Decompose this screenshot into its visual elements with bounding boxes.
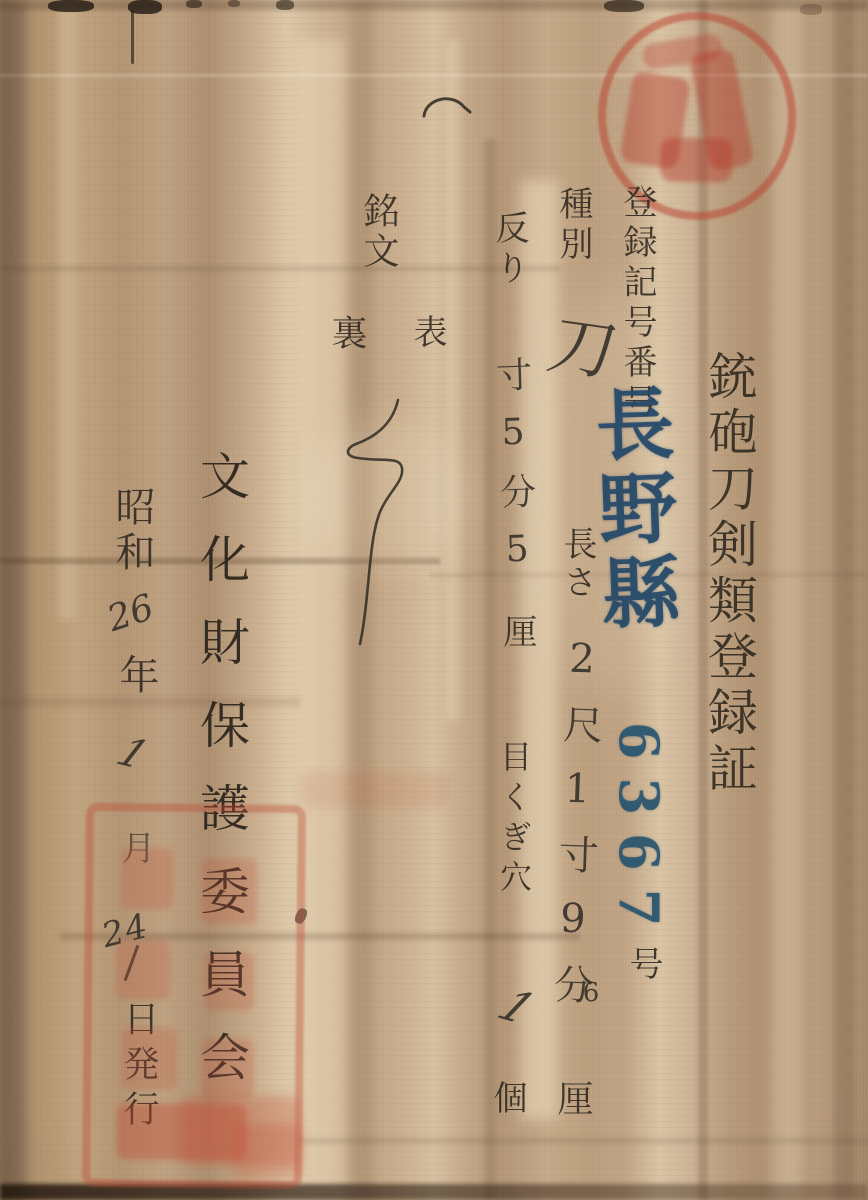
type-label: 種別 bbox=[556, 186, 590, 266]
seal-ink-smear bbox=[232, 1124, 302, 1180]
peg-hole-label: 目くぎ穴 bbox=[498, 740, 530, 900]
document-title: 銃砲刀剣類登録証 bbox=[704, 350, 754, 798]
stamp-ink-blob bbox=[660, 137, 733, 182]
date-era: 昭和 bbox=[112, 486, 152, 576]
length-label: 長さ bbox=[560, 526, 594, 602]
inscription-label: 銘文 bbox=[360, 192, 396, 272]
type-value-handwritten: 刀 bbox=[536, 308, 617, 382]
registration-number-unit: 号 bbox=[626, 946, 660, 980]
seal-ink-blob bbox=[121, 1027, 178, 1090]
length-value-small-digit: 6 bbox=[578, 978, 604, 1008]
curvature-label: 反り bbox=[492, 210, 526, 290]
seal-ink-smear bbox=[300, 772, 450, 808]
seal-ink-blob bbox=[201, 858, 258, 925]
prefecture-stamp: 長野縣 bbox=[588, 383, 675, 638]
curvature-value-handwritten: 寸5分5 bbox=[492, 355, 536, 590]
registration-number-stamp: 6367 bbox=[612, 722, 666, 944]
date-year-unit: 年 bbox=[116, 654, 156, 694]
inscription-front-label: 表 bbox=[410, 314, 444, 348]
inscription-back-label: 裏 bbox=[328, 314, 364, 350]
length-unit: 厘 bbox=[554, 1080, 590, 1116]
peg-hole-unit: 個 bbox=[490, 1080, 524, 1114]
scanned-certificate: 銃砲刀剣類登録証 登録記号番号 長野縣 6367 号 種別 刀 長さ 2尺1寸9… bbox=[0, 0, 868, 1200]
curvature-unit: 厘 bbox=[500, 614, 534, 648]
seal-ink-blob bbox=[201, 1038, 254, 1099]
handwritten-curve-mark bbox=[418, 86, 478, 126]
seal-ink-blob bbox=[204, 952, 255, 1011]
seal-ink-blob bbox=[116, 939, 171, 1000]
inscription-handwritten-flourish bbox=[338, 392, 438, 652]
seal-ink-blob bbox=[121, 847, 174, 910]
